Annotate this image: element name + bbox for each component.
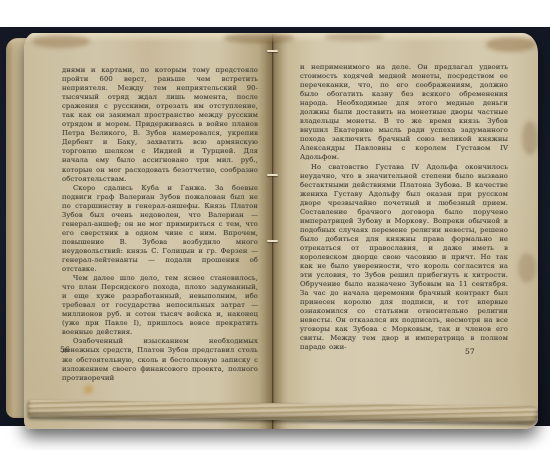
right-page-text: и неприменимого на деле. Он предлагал уд…	[300, 63, 508, 353]
stain	[84, 385, 93, 394]
binding-stitch	[267, 174, 278, 176]
paragraph: и неприменимого на деле. Он предлагал уд…	[300, 63, 508, 163]
paragraph: Скоро сдались Куба и Ганжа. За боевые по…	[62, 184, 258, 274]
binding-stitch	[267, 50, 278, 52]
stain	[32, 35, 90, 48]
paragraph: Но сватовство Густава IV Адольфа окончил…	[300, 163, 508, 353]
stain	[522, 121, 538, 155]
paragraph: Чем далее шло дело, тем яснее становилос…	[62, 274, 258, 337]
photo-of-open-book: днями и картами, по которым тому предсто…	[0, 0, 550, 450]
paragraph: днями и картами, по которым тому предсто…	[62, 66, 258, 184]
gutter-shadow	[258, 33, 288, 429]
page-number-left: 56	[60, 345, 70, 354]
gutter-crease	[272, 33, 273, 429]
stain	[486, 37, 536, 52]
stain	[324, 33, 384, 41]
left-page-text: днями и картами, по которым тому предсто…	[62, 66, 258, 383]
paragraph: Озабоченный изысканием необходимых денеж…	[62, 337, 258, 382]
binding-stitch	[267, 240, 278, 242]
page-number-right: 57	[465, 347, 475, 356]
stain	[518, 253, 536, 283]
stain	[224, 33, 294, 43]
